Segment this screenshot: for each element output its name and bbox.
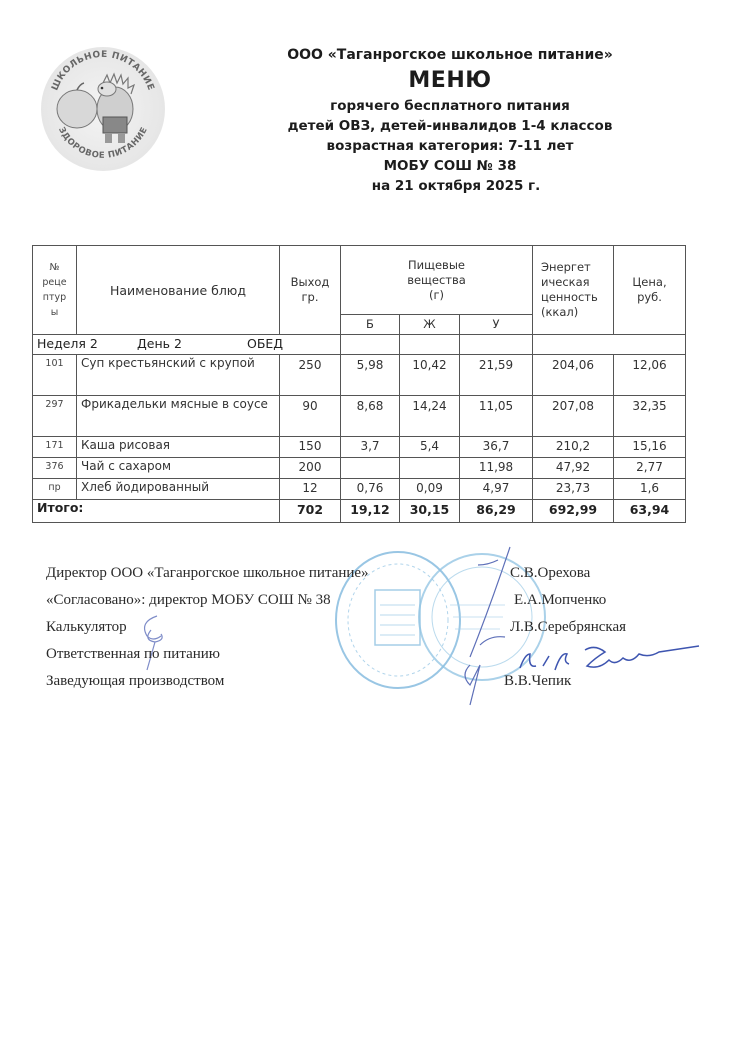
- signature-row: Калькулятор Л.В.Серебрянская: [46, 616, 666, 643]
- dish-name: Суп крестьянский с крупой: [77, 355, 280, 396]
- week-label: Неделя 2: [37, 335, 137, 353]
- signature-row: Директор ООО «Таганрогское школьное пита…: [46, 562, 666, 589]
- header-nutrients: Пищевые вещества (г): [341, 246, 533, 315]
- table-row: 297 Фрикадельки мясные в соусе 90 8,68 1…: [33, 396, 686, 437]
- header-price: Цена, руб.: [614, 246, 686, 335]
- table-row: 101 Суп крестьянский с крупой 250 5,98 1…: [33, 355, 686, 396]
- header-dish-name: Наименование блюд: [77, 246, 280, 335]
- header-carbs: У: [460, 315, 533, 335]
- header-output: Выход гр.: [280, 246, 341, 335]
- section-row: Неделя 2День 2ОБЕД: [33, 335, 686, 355]
- total-label: Итого:: [33, 500, 280, 523]
- age-category: возрастная категория: 7-11 лет: [250, 136, 650, 156]
- table-row: пр Хлеб йодированный 12 0,76 0,09 4,97 2…: [33, 479, 686, 500]
- logo: ШКОЛЬНОЕ ПИТАНИЕ ЗДОРОВОЕ ПИТАНИЕ: [33, 43, 173, 173]
- header-fat: Ж: [400, 315, 460, 335]
- subtitle-line-1: горячего бесплатного питания: [250, 96, 650, 116]
- table-row: 171 Каша рисовая 150 3,7 5,4 36,7 210,2 …: [33, 437, 686, 458]
- page-title: МЕНЮ: [250, 66, 650, 96]
- hedgehog-logo-icon: ШКОЛЬНОЕ ПИТАНИЕ ЗДОРОВОЕ ПИТАНИЕ: [33, 43, 173, 173]
- organization-name: ООО «Таганрогское школьное питание»: [250, 46, 650, 64]
- header-protein: Б: [341, 315, 400, 335]
- table-row: 376 Чай с сахаром 200 11,98 47,92 2,77: [33, 458, 686, 479]
- signature-row: «Согласовано»: директор МОБУ СОШ № 38 Е.…: [46, 589, 666, 616]
- section-label: Неделя 2День 2ОБЕД: [33, 335, 341, 355]
- signatures-block: Директор ООО «Таганрогское школьное пита…: [46, 562, 666, 697]
- dish-name: Каша рисовая: [77, 437, 280, 458]
- day-label: День 2: [137, 335, 247, 353]
- total-row: Итого: 702 19,12 30,15 86,29 692,99 63,9…: [33, 500, 686, 523]
- menu-table: № реце птур ы Наименование блюд Выход гр…: [32, 245, 686, 523]
- signature-row: Ответственная по питанию: [46, 643, 666, 670]
- header-energy: Энергет ическая ценность (ккал): [533, 246, 614, 335]
- document-header: ООО «Таганрогское школьное питание» МЕНЮ…: [250, 46, 650, 196]
- dish-name: Хлеб йодированный: [77, 479, 280, 500]
- subtitle-line-2: детей ОВЗ, детей-инвалидов 1-4 классов: [250, 116, 650, 136]
- school-name: МОБУ СОШ № 38: [250, 156, 650, 176]
- meal-label: ОБЕД: [247, 335, 283, 353]
- menu-date: на 21 октября 2025 г.: [250, 176, 650, 196]
- dish-name: Фрикадельки мясные в соусе: [77, 396, 280, 437]
- header-recipe-no: № реце птур ы: [33, 246, 77, 335]
- dish-name: Чай с сахаром: [77, 458, 280, 479]
- signature-row: Заведующая производством В.В.Чепик: [46, 670, 666, 697]
